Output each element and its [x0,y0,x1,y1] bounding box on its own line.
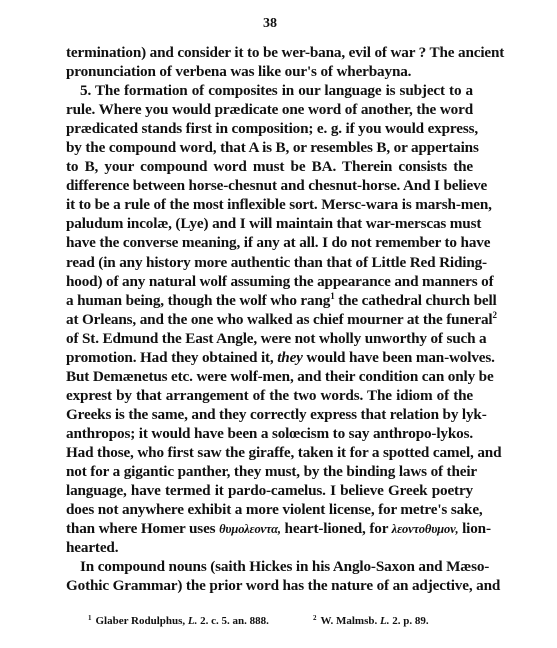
footnote-text: 2. p. 89. [389,615,428,627]
text-line: promotion. Had they obtained it, they wo… [66,348,473,367]
text-segment: at Orleans, and the one who walked as ch… [66,311,492,328]
text-line: Gothic Grammar) the prior word has the n… [66,576,473,595]
footnote-text: Glaber Rodulphus, [96,615,188,627]
text-segment: than where Homer uses [66,520,219,537]
footnote-mark: 1 [88,614,92,622]
text-line: not for a gigantic panther, they must, b… [66,462,473,481]
text-line: anthropos; it would have been a solœcism… [66,424,473,443]
text-segment: a human being, though the wolf who rang [66,292,330,309]
text-line: termination) and consider it to be wer-b… [66,43,473,62]
footnote-text: 2. c. 5. an. 888. [197,615,269,627]
text-segment: heart-lioned, for [281,520,392,537]
footnote-2: 2W. Malmsb. L. 2. p. 89. [313,614,429,627]
text-line: pronunciation of verbena was like our's … [66,62,473,81]
text-segment: lion- [458,520,490,537]
footnote-mark: 2 [313,614,317,622]
footnote-ref-2[interactable]: 2 [492,310,496,320]
text-line: rule. Where you would prædicate one word… [66,100,473,119]
footnote-1: 1Glaber Rodulphus, L. 2. c. 5. an. 888. [88,614,269,627]
footnote-italic: L. [188,615,197,627]
text-line: read (in any history more authentic than… [66,253,473,272]
greek-word: λεοντοθυμον, [392,522,459,536]
text-line: to B, your compound word must be BA. The… [66,157,473,176]
body-text: termination) and consider it to be wer-b… [66,43,473,595]
text-segment: promotion. Had they obtained it, [66,349,277,366]
text-line: paludum incolæ, (Lye) and I will maintai… [66,214,473,233]
text-line: of St. Edmund the East Angle, were not w… [66,329,473,348]
text-segment: the cathedral church bell [335,292,497,309]
paragraph-start-line: 5. The formation of composites in our la… [66,81,473,100]
text-line: a human being, though the wolf who rang1… [66,291,473,310]
footnote-text: W. Malmsb. [321,615,381,627]
text-line: language, have termed it pardo-camelus. … [66,481,473,500]
text-line: exprest by that arrangement of the two w… [66,386,473,405]
text-line: it to be a rule of the most inflexible s… [66,195,473,214]
text-line: Greeks is the same, and they correctly e… [66,405,473,424]
text-line: Had those, who first saw the giraffe, ta… [66,443,473,462]
greek-word: θυμολεοντα, [219,522,281,536]
italic-emphasis: they [277,349,303,366]
text-segment: would have been man-wolves. [303,349,495,366]
paragraph-start-line: In compound nouns (saith Hickes in his A… [66,557,473,576]
text-line: by the compound word, that A is B, or re… [66,138,473,157]
text-line: hood) of any natural wolf assuming the a… [66,272,473,291]
text-line: hearted. [66,538,473,557]
text-line: than where Homer uses θυμολεοντα, heart-… [66,519,473,538]
text-line: at Orleans, and the one who walked as ch… [66,310,473,329]
text-line: have the converse meaning, if any at all… [66,233,473,252]
text-line: But Demænetus etc. were wolf-men, and th… [66,367,473,386]
text-line: difference between horse-chesnut and che… [66,176,473,195]
text-line: prædicated stands first in composition; … [66,119,473,138]
text-line: does not anywhere exhibit a more violent… [66,500,473,519]
page-number: 38 [0,16,540,32]
